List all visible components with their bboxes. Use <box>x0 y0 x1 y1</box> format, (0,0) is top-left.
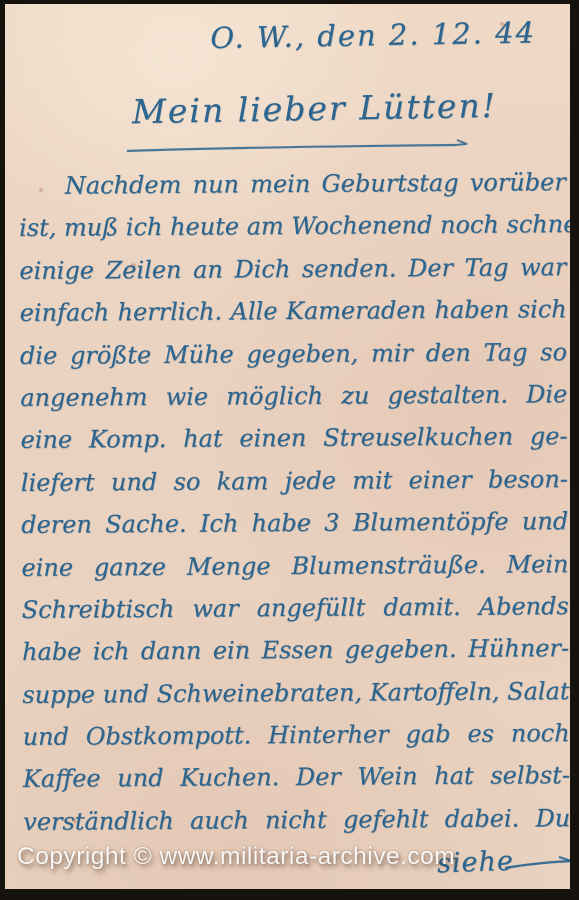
handwritten-line: Nachdem nun mein Geburtstag vorüber <box>19 161 566 207</box>
handwritten-line: habe ich dann ein Essen gegeben. Hühner- <box>22 627 569 673</box>
handwritten-line: angenehm wie möglich zu gestalten. Die <box>20 373 567 419</box>
handwritten-line: und Obstkompott. Hinterher gab es noch <box>22 712 569 758</box>
handwritten-line: ist, muß ich heute am Wochenend noch sch… <box>19 203 566 249</box>
handwritten-line: verständlich auch nicht gefehlt dabei. D… <box>23 797 570 843</box>
handwritten-line: Schreibtisch war angefüllt damit. Abends <box>22 585 569 631</box>
handwritten-line: eine Komp. hat einen Streuselkuchen ge- <box>20 415 567 461</box>
handwritten-line: einige Zeilen an Dich senden. Der Tag wa… <box>19 246 566 292</box>
handwritten-line: eine ganze Menge Blumensträuße. Mein <box>21 543 568 589</box>
letter-body: Nachdem nun mein Geburtstag vorüber ist,… <box>19 161 570 843</box>
handwritten-line: einfach herrlich. Alle Kameraden haben s… <box>20 288 567 334</box>
handwritten-line: liefert und so kam jede mit einer beson- <box>21 458 568 504</box>
salutation-underline-stroke <box>125 139 471 157</box>
letter-salutation: Mein lieber Lütten! <box>132 86 498 131</box>
letter-paper: O. W., den 2. 12. 44 Mein lieber Lütten!… <box>5 4 570 889</box>
letter-dateline: O. W., den 2. 12. 44 <box>5 15 536 58</box>
handwritten-line: suppe und Schweinebraten, Kartoffeln, Sa… <box>22 670 569 716</box>
copyright-watermark: Copyright © www.militaria-archive.com <box>17 843 455 871</box>
handwritten-line: die größte Mühe gegeben, mir den Tag so <box>20 331 567 377</box>
scanned-letter-photo: O. W., den 2. 12. 44 Mein lieber Lütten!… <box>0 0 579 900</box>
catchword-arrow-stroke <box>503 854 570 876</box>
handwritten-line: deren Sache. Ich habe 3 Blumentöpfe und <box>21 500 568 546</box>
handwritten-line: Kaffee und Kuchen. Der Wein hat selbst- <box>23 755 570 801</box>
